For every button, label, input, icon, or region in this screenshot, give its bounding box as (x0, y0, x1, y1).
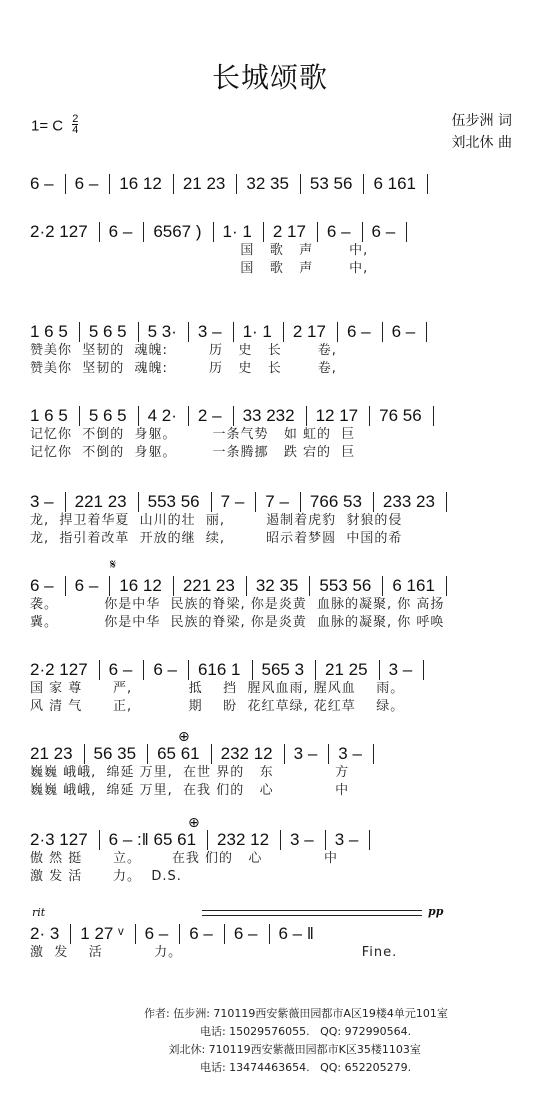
lyricist-credit: 伍步洲 词 (452, 110, 512, 132)
measure: 3 – (30, 492, 54, 512)
score-row: 3 –221 23553 567 –7 –766 53233 23龙, 捍卫着华… (30, 488, 520, 548)
measure: 1· 1 (223, 222, 252, 242)
lyric-line: 赞美你 坚韧的 魂魄: 历 史 长 卷, (30, 342, 520, 360)
measure: 6567 ) (153, 222, 201, 242)
pianissimo-mark: pp (428, 905, 443, 918)
measure: 6 – (145, 924, 169, 944)
measure: 32 35 (256, 576, 299, 596)
measure: 6 – (75, 174, 99, 194)
measure: 6 – (153, 660, 177, 680)
barline (109, 576, 110, 596)
barline (79, 406, 80, 426)
measure: 21 25 (325, 660, 368, 680)
lyric-line: 冀。 你是中华 民族的脊梁, 你是炎黄 血脉的凝聚, 你 呼唤 (30, 614, 520, 632)
barline (65, 492, 66, 512)
measure: 6 – (30, 576, 54, 596)
barline (65, 174, 66, 194)
barline (280, 830, 281, 850)
notation-line: 1 6 55 6 55 3·3 –1· 12 176 –6 – (30, 318, 520, 342)
barline (317, 222, 318, 242)
measure: 3 – (290, 830, 314, 850)
barline (373, 744, 374, 764)
barline (188, 660, 189, 680)
barline (109, 174, 110, 194)
barline (224, 924, 225, 944)
score-row: 6 –6 –16 1221 2332 3553 566 161 (30, 170, 520, 194)
lyric-line: 巍巍 峨峨, 绵延 万里, 在世 界的 东 方 (30, 764, 520, 782)
measure: 21 23 (30, 744, 73, 764)
barline (379, 660, 380, 680)
barline (269, 924, 270, 944)
barline (284, 744, 285, 764)
barline (306, 406, 307, 426)
measure: 6 161 (392, 576, 435, 596)
lyric-line: 记忆你 不倒的 身躯。 一条气势 如 虹的 巨 (30, 426, 520, 444)
barline (233, 406, 234, 426)
measure: 16 12 (119, 576, 162, 596)
measure: 2·3 127 (30, 830, 88, 850)
lyric-line: 激 发 活 力。 D.S. (30, 868, 520, 886)
lyric-line: 风 清 气 正, 期 盼 花红草绿, 花红草 绿。 (30, 698, 520, 716)
measure: 6 – (189, 924, 213, 944)
notation-line: 2·3 1276 – :‖ 65 61232 123 –3 – (30, 826, 520, 850)
credits: 伍步洲 词 刘北休 曲 (452, 110, 512, 154)
measure: 1 6 5 (30, 322, 68, 342)
measure: 766 53 (310, 492, 362, 512)
barline (138, 322, 139, 342)
barline (446, 492, 447, 512)
lyric-line: 激 发 活 力。 Fine. (30, 944, 520, 962)
decrescendo-hairpin (202, 910, 422, 916)
measure: 232 12 (217, 830, 269, 850)
barline (363, 174, 364, 194)
barline (188, 406, 189, 426)
barline (426, 322, 427, 342)
barline (309, 576, 310, 596)
barline (236, 174, 237, 194)
notation-line: 21 2356 3565 61232 123 –3 – (30, 740, 520, 764)
barline (211, 492, 212, 512)
measure: 6 – :‖ 65 61 (109, 830, 196, 850)
composer-credit: 刘北休 曲 (452, 132, 512, 154)
measure: 232 12 (221, 744, 273, 764)
measure: 3 – (335, 830, 359, 850)
barline (79, 322, 80, 342)
measure: 5 6 5 (89, 322, 127, 342)
ritardando-mark: rit (32, 906, 45, 919)
notation-line: 2·2 1276 –6 –616 1565 321 253 – (30, 656, 520, 680)
lyric-line: 袭。 你是中华 民族的脊梁, 你是炎黄 血脉的凝聚, 你 高扬 (30, 596, 520, 614)
barline (135, 924, 136, 944)
measure: 3 – (198, 322, 222, 342)
score-row: 2·2 1276 –6 –616 1565 321 253 –国 家 尊 严, … (30, 656, 520, 716)
barline (173, 174, 174, 194)
measure: 6 – (109, 222, 133, 242)
measure: 565 3 (262, 660, 305, 680)
barline (315, 660, 316, 680)
key-signature: 1= C 2 4 (31, 116, 78, 137)
barline (369, 830, 370, 850)
notation-line: 2· 31 27 ᵛ6 –6 –6 –6 – ‖ (30, 920, 520, 944)
barline (99, 222, 100, 242)
measure: 221 23 (183, 576, 235, 596)
measure: 2 17 (293, 322, 326, 342)
barline (433, 406, 434, 426)
measure: 6 161 (373, 174, 416, 194)
measure: 1 6 5 (30, 406, 68, 426)
barline (283, 322, 284, 342)
measure: 3 – (389, 660, 413, 680)
measure: 21 23 (183, 174, 226, 194)
lyric-line: 巍巍 峨峨, 绵延 万里, 在我 们的 心 中 (30, 782, 520, 800)
lyric-line: 记忆你 不倒的 身躯。 一条腾挪 跌 宕的 巨 (30, 444, 520, 462)
barline (325, 830, 326, 850)
barline (179, 924, 180, 944)
measure: 32 35 (246, 174, 289, 194)
measure: 5 3· (148, 322, 177, 342)
author-contact: 作者: 伍步洲: 710119西安紫薇田园都市A区19楼4单元101室 电话: … (144, 1005, 448, 1077)
barline (252, 660, 253, 680)
score-row: 21 2356 3565 61232 123 –3 –巍巍 峨峨, 绵延 万里,… (30, 740, 520, 800)
measure: 12 17 (316, 406, 359, 426)
barline (337, 322, 338, 342)
notation-line: 2·2 1276 –6567 )1· 12 176 –6 – (30, 218, 520, 242)
measure: 3 – (338, 744, 362, 764)
barline (369, 406, 370, 426)
barline (99, 830, 100, 850)
barline (173, 576, 174, 596)
barline (263, 222, 264, 242)
barline (143, 222, 144, 242)
measure: 6 – (75, 576, 99, 596)
lyric-line: 赞美你 坚韧的 魂魄: 历 史 长 卷, (30, 360, 520, 378)
score-row: 1 6 55 6 55 3·3 –1· 12 176 –6 –赞美你 坚韧的 魂… (30, 318, 520, 378)
barline (328, 744, 329, 764)
score-row: 2· 31 27 ᵛ6 –6 –6 –6 – ‖激 发 活 力。 Fine. (30, 920, 520, 962)
measure: 6 – (372, 222, 396, 242)
lyric-line: 傲 然 挺 立。 在我 们的 心 中 (30, 850, 520, 868)
barline (70, 924, 71, 944)
barline (84, 744, 85, 764)
barline (382, 322, 383, 342)
measure: 233 23 (383, 492, 435, 512)
measure: 56 35 (94, 744, 137, 764)
footer-line: 作者: 伍步洲: 710119西安紫薇田园都市A区19楼4单元101室 (144, 1005, 448, 1023)
measure: 221 23 (75, 492, 127, 512)
barline (373, 492, 374, 512)
barline (406, 222, 407, 242)
key-label: 1= C (31, 117, 63, 134)
coda-icon: ⊕ (178, 728, 190, 745)
measure: 553 56 (148, 492, 200, 512)
notation-line: 1 6 55 6 54 2·2 –33 23212 1776 56 (30, 402, 520, 426)
measure: 1 27 ᵛ (80, 924, 123, 944)
barline (233, 322, 234, 342)
barline (147, 744, 148, 764)
barline (65, 576, 66, 596)
notation-line: 6 –6 –16 1221 2332 3553 566 161 (30, 170, 520, 194)
footer-line: 电话: 15029576055. QQ: 972990564. (144, 1023, 448, 1041)
measure: 2 – (198, 406, 222, 426)
measure: 6 – (30, 174, 54, 194)
measure: 5 6 5 (89, 406, 127, 426)
measure: 33 232 (243, 406, 295, 426)
time-signature: 2 4 (72, 114, 78, 135)
barline (99, 660, 100, 680)
score-row: 6 –6 –16 12221 2332 35553 566 161袭。 你是中华… (30, 572, 520, 632)
barline (446, 576, 447, 596)
measure: 65 61 (157, 744, 200, 764)
measure: 2· 3 (30, 924, 59, 944)
coda-icon: ⊕ (188, 814, 200, 831)
measure: 7 – (221, 492, 245, 512)
segno-icon: 𝄋 (110, 556, 116, 573)
barline (138, 406, 139, 426)
barline (255, 492, 256, 512)
measure: 53 56 (310, 174, 353, 194)
measure: 16 12 (119, 174, 162, 194)
song-title: 长城颂歌 (0, 56, 540, 96)
measure: 6 – (327, 222, 351, 242)
measure: 2·2 127 (30, 660, 88, 680)
measure: 7 – (265, 492, 289, 512)
footer-line: 刘北休: 710119西安紫薇田园都市K区35楼1103室 (144, 1041, 448, 1059)
measure: 2 17 (273, 222, 306, 242)
measure: 3 – (294, 744, 318, 764)
measure: 6 – ‖ (279, 924, 314, 944)
measure: 2·2 127 (30, 222, 88, 242)
lyric-line: 国 歌 声 中, (30, 242, 520, 260)
barline (213, 222, 214, 242)
barline (143, 660, 144, 680)
measure: 553 56 (319, 576, 371, 596)
barline (362, 222, 363, 242)
time-denominator: 4 (72, 125, 78, 135)
barline (300, 492, 301, 512)
score-row: 1 6 55 6 54 2·2 –33 23212 1776 56记忆你 不倒的… (30, 402, 520, 462)
measure: 616 1 (198, 660, 241, 680)
measure: 6 – (234, 924, 258, 944)
lyric-line: 国 家 尊 严, 抵 挡 腥风血雨, 腥风血 雨。 (30, 680, 520, 698)
barline (427, 174, 428, 194)
barline (138, 492, 139, 512)
barline (300, 174, 301, 194)
footer-line: 电话: 13474463654. QQ: 652205279. (144, 1059, 448, 1077)
barline (207, 830, 208, 850)
notation-line: 3 –221 23553 567 –7 –766 53233 23 (30, 488, 520, 512)
score-row: 2·2 1276 –6567 )1· 12 176 –6 – 国 歌 声 中, … (30, 218, 520, 278)
barline (382, 576, 383, 596)
measure: 76 56 (379, 406, 422, 426)
measure: 6 – (109, 660, 133, 680)
lyric-line: 龙, 捍卫着华夏 山川的壮 丽, 遏制着虎豹 豺狼的侵 (30, 512, 520, 530)
notation-line: 6 –6 –16 12221 2332 35553 566 161 (30, 572, 520, 596)
measure: 6 – (347, 322, 371, 342)
measure: 6 – (392, 322, 416, 342)
barline (188, 322, 189, 342)
lyric-line: 国 歌 声 中, (30, 260, 520, 278)
barline (211, 744, 212, 764)
measure: 1· 1 (243, 322, 272, 342)
barline (423, 660, 424, 680)
lyric-line: 龙, 指引着改革 开放的继 续, 昭示着梦圆 中国的希 (30, 530, 520, 548)
barline (246, 576, 247, 596)
measure: 4 2· (148, 406, 177, 426)
score-row: 2·3 1276 – :‖ 65 61232 123 –3 –傲 然 挺 立。 … (30, 826, 520, 886)
